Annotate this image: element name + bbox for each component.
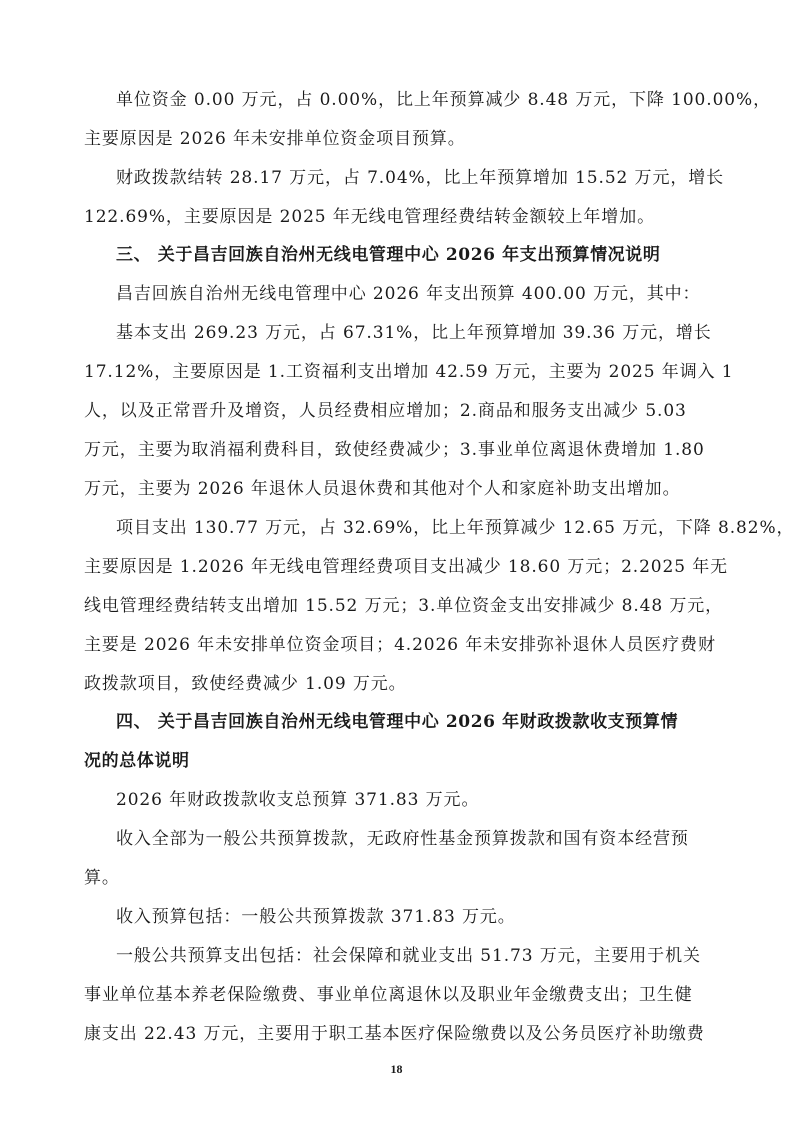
paragraph-unit-funds-line-2: 主要原因是 2026 年未安排单位资金项目预算。 — [84, 128, 714, 150]
page-number: 18 — [0, 1062, 793, 1077]
paragraph-project-expense-line-1: 项目支出 130.77 万元，占 32.69%，比上年预算减少 12.65 万元… — [116, 517, 714, 539]
paragraph-income-budget: 收入预算包括：一般公共预算拨款 371.83 万元。 — [116, 906, 714, 928]
section-heading-4-line-1: 四、 关于昌吉回族自治州无线电管理中心 2026 年财政拨款收支预算情 — [116, 711, 746, 733]
paragraph-basic-expense-line-5: 万元，主要为 2026 年退休人员退休费和其他对个人和家庭补助支出增加。 — [84, 478, 714, 500]
paragraph-income-composition-line-2: 算。 — [84, 867, 714, 889]
paragraph-basic-expense-line-4: 万元，主要为取消福利费科目，致使经费减少；3.事业单位离退休费增加 1.80 — [84, 439, 714, 461]
paragraph-project-expense-line-4: 主要是 2026 年未安排单位资金项目；4.2026 年未安排弥补退休人员医疗费… — [84, 634, 714, 656]
paragraph-carryover-line-1: 财政拨款结转 28.17 万元，占 7.04%，比上年预算增加 15.52 万元… — [116, 167, 714, 189]
paragraph-public-expense-line-1: 一般公共预算支出包括：社会保障和就业支出 51.73 万元，主要用于机关 — [116, 945, 714, 967]
paragraph-public-expense-line-2: 事业单位基本养老保险缴费、事业单位离退休以及职业年金缴费支出；卫生健 — [84, 984, 714, 1006]
paragraph-basic-expense-line-3: 人，以及正常晋升及增资，人员经费相应增加；2.商品和服务支出减少 5.03 — [84, 400, 714, 422]
paragraph-basic-expense-line-1: 基本支出 269.23 万元，占 67.31%，比上年预算增加 39.36 万元… — [116, 322, 714, 344]
paragraph-carryover-line-2: 122.69%，主要原因是 2025 年无线电管理经费结转金额较上年增加。 — [84, 206, 714, 228]
paragraph-project-expense-line-3: 线电管理经费结转支出增加 15.52 万元；3.单位资金支出安排减少 8.48 … — [84, 595, 714, 617]
paragraph-basic-expense-line-2: 17.12%，主要原因是 1.工资福利支出增加 42.59 万元，主要为 202… — [84, 361, 714, 383]
section-heading-4-line-2: 况的总体说明 — [84, 750, 714, 772]
paragraph-expense-total: 昌吉回族自治州无线电管理中心 2026 年支出预算 400.00 万元，其中： — [116, 283, 714, 305]
paragraph-income-composition-line-1: 收入全部为一般公共预算拨款，无政府性基金预算拨款和国有资本经营预 — [116, 828, 714, 850]
paragraph-project-expense-line-5: 政拨款项目，致使经费减少 1.09 万元。 — [84, 673, 714, 695]
document-page: 单位资金 0.00 万元，占 0.00%，比上年预算减少 8.48 万元，下降 … — [0, 0, 793, 1122]
paragraph-fiscal-total: 2026 年财政拨款收支总预算 371.83 万元。 — [116, 789, 714, 811]
paragraph-unit-funds-line-1: 单位资金 0.00 万元，占 0.00%，比上年预算减少 8.48 万元，下降 … — [116, 89, 714, 111]
paragraph-public-expense-line-3: 康支出 22.43 万元，主要用于职工基本医疗保险缴费以及公务员医疗补助缴费 — [84, 1023, 714, 1045]
section-heading-3: 三、 关于昌吉回族自治州无线电管理中心 2026 年支出预算情况说明 — [116, 244, 746, 266]
paragraph-project-expense-line-2: 主要原因是 1.2026 年无线电管理经费项目支出减少 18.60 万元；2.2… — [84, 556, 714, 578]
